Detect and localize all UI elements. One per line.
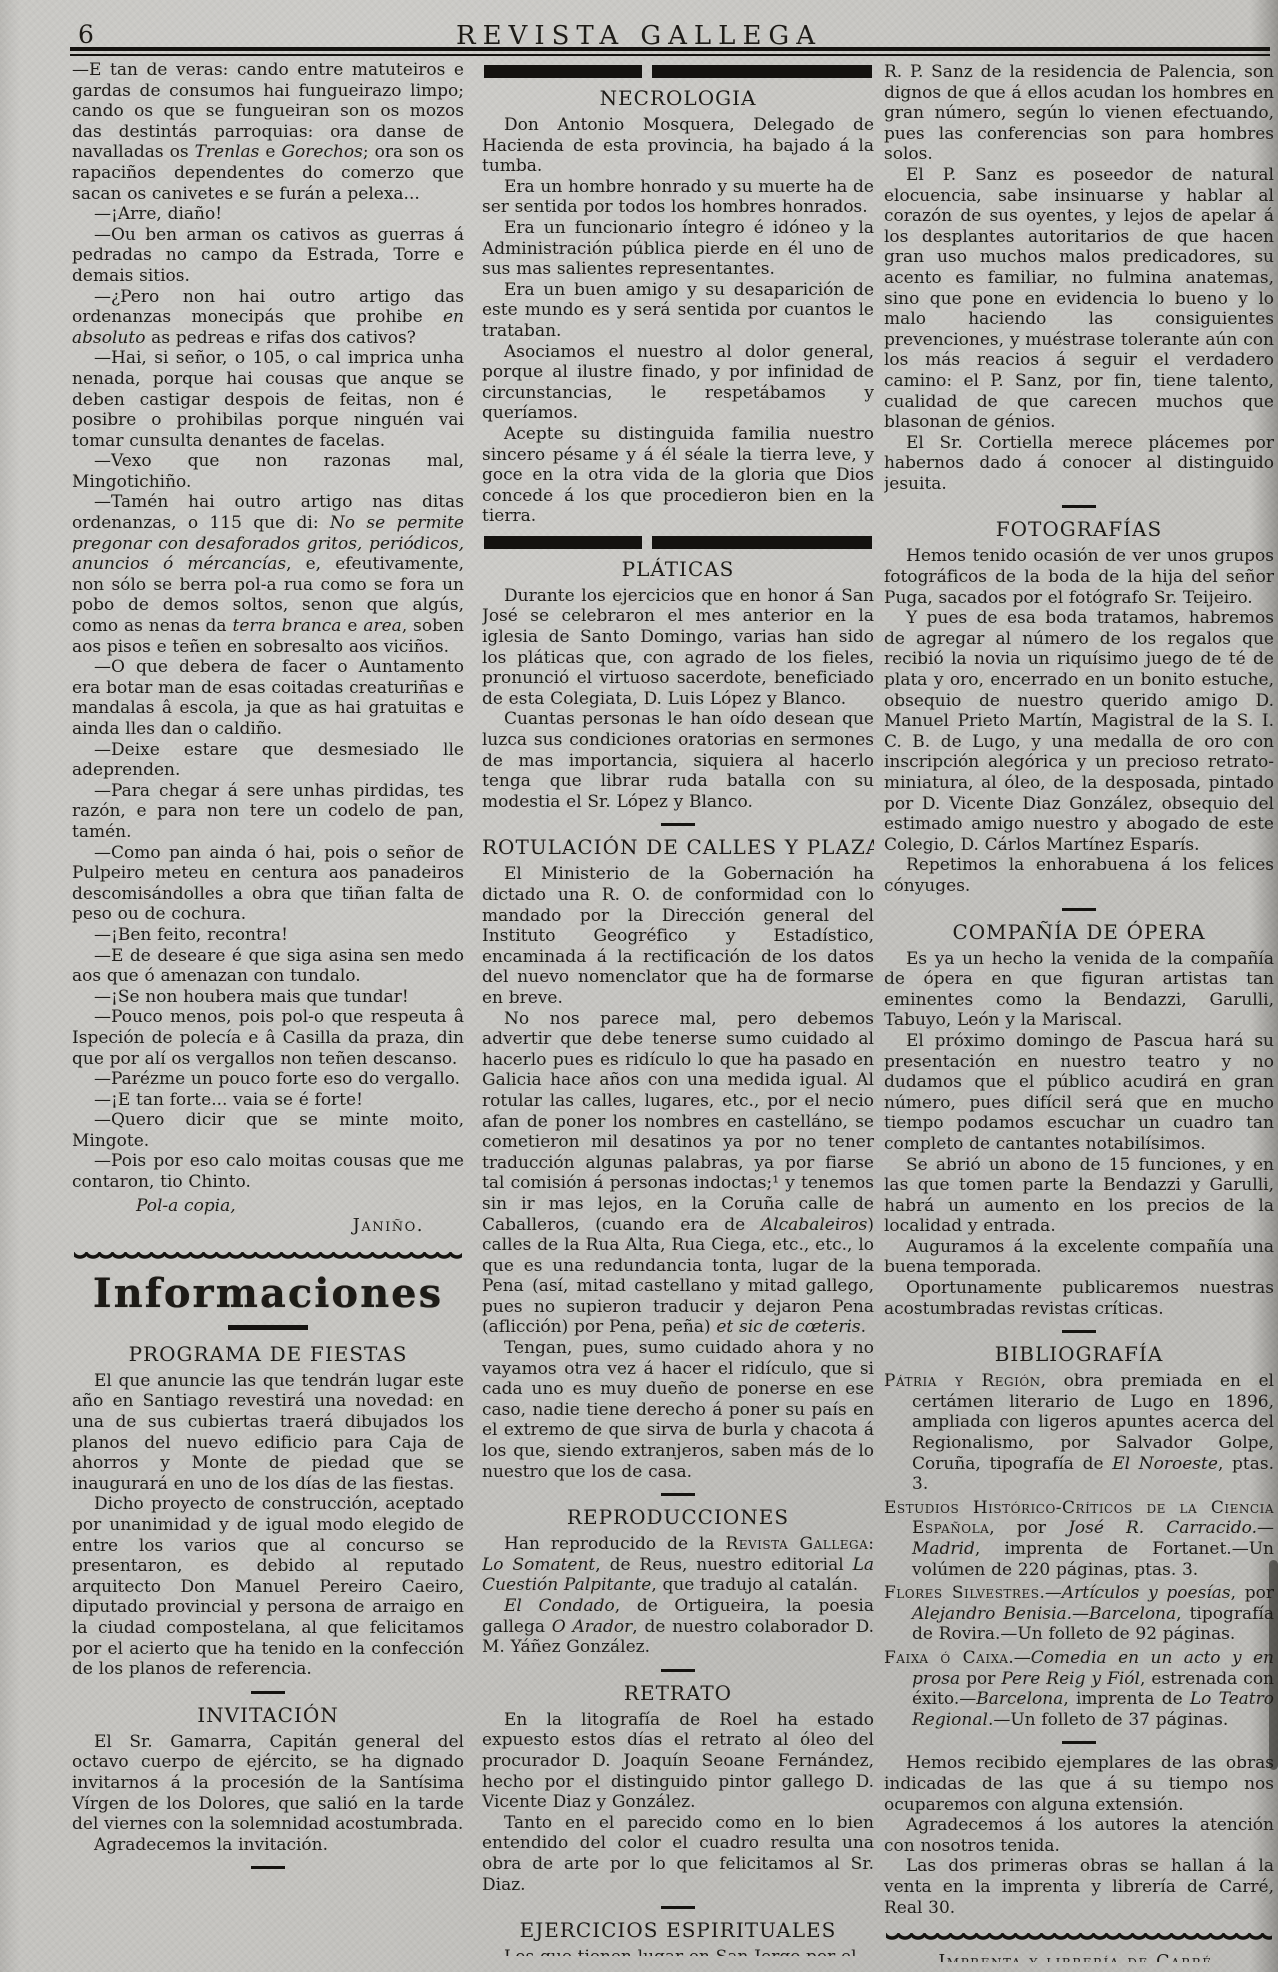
dialogue-paragraph: —¡E tan forte... vaia se é forte! <box>72 1090 464 1111</box>
column-1: —E tan de veras: cando entre matuteiros … <box>72 60 464 1960</box>
paragraph: El próximo domingo de Pascua hará su pre… <box>884 1031 1274 1155</box>
small-caps-title: Pátria y Región <box>884 1371 1041 1391</box>
separator-dash <box>661 1669 695 1672</box>
signature-author: Janiño. <box>72 1216 464 1237</box>
dialogue-paragraph: —Tamén hai outro artigo nas ditas ordena… <box>72 492 464 657</box>
heading-ejercicios-espirituales: EJERCICIOS ESPIRITUALES <box>482 1918 874 1942</box>
heading-retrato: RETRATO <box>482 1681 874 1705</box>
heading-reproducciones: REPRODUCCIONES <box>482 1505 874 1529</box>
heading-rotulacion-de-calles-y-plazas: ROTULACIÓN DE CALLES Y PLAZAS <box>482 835 874 859</box>
paragraph: Auguramos á la excelente compañía una bu… <box>884 1237 1274 1278</box>
dialogue-paragraph: —¡Ben feito, recontra! <box>72 925 464 946</box>
separator-fat-bar <box>484 536 872 549</box>
paragraph: Faixa ó Caixa.—Comedia en un acto y en p… <box>884 1648 1274 1730</box>
bar-segment-right <box>652 536 872 549</box>
paragraph: Era un hombre honrado y su muerte ha de … <box>482 177 874 218</box>
imprint-line: Imprenta y librería de Carré. <box>884 1952 1274 1962</box>
dialogue-paragraph: —E de deseare é que siga asina sen medo … <box>72 946 464 987</box>
small-caps-title: Flores Silvestres <box>884 1583 1039 1603</box>
bar-segment-left <box>484 536 642 549</box>
separator-dash <box>1062 505 1096 508</box>
paragraph: No nos parece mal, pero debemos advertir… <box>482 1009 874 1339</box>
paragraph: Estudios Histórico-Críticos de la Cienci… <box>884 1498 1274 1580</box>
paragraph: El que anuncie las que tendrán lugar est… <box>72 1371 464 1495</box>
separator-dash <box>661 823 695 826</box>
paragraph: Y pues de esa boda tratamos, habremos de… <box>884 608 1274 855</box>
small-caps-title: Faixa ó Caixa <box>884 1648 1008 1668</box>
paragraph: Agradecemos la invitación. <box>72 1835 464 1856</box>
paragraph: Dicho proyecto de construcción, aceptado… <box>72 1494 464 1679</box>
dialogue-paragraph: —Quero dicir que se minte moito, Mingote… <box>72 1110 464 1151</box>
paragraph: Oportunamente publicaremos nuestras acos… <box>884 1278 1274 1319</box>
separator-wavy-rule <box>886 1933 1272 1941</box>
column-2: NECROLOGIADon Antonio Mosquera, Delegado… <box>482 56 874 1956</box>
signature-block: Pol-a copia,Janiño. <box>72 1196 464 1237</box>
heading-invitacion: INVITACIÓN <box>72 1703 464 1727</box>
heading-programa-de-fiestas: PROGRAMA DE FIESTAS <box>72 1342 464 1366</box>
paragraph: Los que tienen lugar en San Jorge por el <box>482 1947 874 1956</box>
dialogue-paragraph: —Hai, si señor, o 105, o cal imprica unh… <box>72 348 464 451</box>
paragraph: Cuantas personas le han oído desean que … <box>482 709 874 812</box>
dialogue-paragraph: —O que debera de facer o Auntamento era … <box>72 657 464 739</box>
dialogue-paragraph: —¡Arre, diaño! <box>72 204 464 225</box>
heading-compania-de-opera: COMPAÑÍA DE ÓPERA <box>884 920 1274 944</box>
paragraph: Pátria y Región, obra premiada en el cer… <box>884 1371 1274 1495</box>
dialogue-paragraph: —Deixe estare que desmesiado lle adepren… <box>72 740 464 781</box>
paragraph: Asociamos el nuestro al dolor general, p… <box>482 342 874 424</box>
paragraph: El Sr. Cortiella merece plácemes por hab… <box>884 433 1274 495</box>
paragraph: Era un buen amigo y su desaparición de e… <box>482 280 874 342</box>
paragraph: Repetimos la enhorabuena á los felices c… <box>884 855 1274 896</box>
paragraph: R. P. Sanz de la residencia de Palencia,… <box>884 62 1274 165</box>
paragraph: En la litografía de Roel ha estado expue… <box>482 1710 874 1813</box>
dialogue-paragraph: —Parézme un pouco forte eso do vergallo. <box>72 1069 464 1090</box>
separator-dash <box>251 1691 285 1694</box>
dialogue-paragraph: —Vexo que non razonas mal, Mingotichiño. <box>72 451 464 492</box>
heading-bibliografia: BIBLIOGRAFÍA <box>884 1342 1274 1366</box>
separator-dash <box>1062 1330 1096 1333</box>
paragraph: Durante los ejercicios que en honor á Sa… <box>482 586 874 710</box>
paragraph: Era un funcionario íntegro é idóneo y la… <box>482 218 874 280</box>
display-heading-title: Informaciones <box>72 1271 464 1317</box>
small-caps-title: Revista Gallega <box>725 1534 868 1554</box>
bar-segment-right <box>652 65 872 78</box>
paragraph: Agradecemos á los autores la atención co… <box>884 1815 1274 1856</box>
header-rule-thick <box>70 47 1270 51</box>
heading-platicas: PLÁTICAS <box>482 557 874 581</box>
separator-dash <box>661 1906 695 1909</box>
paragraph: Flores Silvestres.—Artículos y poesías, … <box>884 1583 1274 1645</box>
separator-dash <box>251 1866 285 1869</box>
bar-segment-left <box>484 65 642 78</box>
heading-necrologia: NECROLOGIA <box>482 86 874 110</box>
separator-dash <box>1062 908 1096 911</box>
paragraph: El Ministerio de la Gobernación ha dicta… <box>482 864 874 1008</box>
paragraph: Se abrió un abono de 15 funciones, y en … <box>884 1155 1274 1237</box>
dialogue-paragraph: —E tan de veras: cando entre matuteiros … <box>72 60 464 204</box>
signature-line: Pol-a copia, <box>72 1196 464 1217</box>
separator-wavy-rule <box>74 1252 462 1260</box>
dialogue-paragraph: —Pouco menos, pois pol-o que respeuta â … <box>72 1007 464 1069</box>
dialogue-paragraph: —Ou ben arman os cativos as guerras á pe… <box>72 225 464 287</box>
paragraph: Hemos recibido ejemplares de las obras i… <box>884 1753 1274 1815</box>
paragraph: Han reproducido de la Revista Gallega: L… <box>482 1534 874 1596</box>
paragraph: Acepte su distinguida familia nuestro si… <box>482 424 874 527</box>
dialogue-paragraph: —¡Se non houbera mais que tundar! <box>72 987 464 1008</box>
dialogue-paragraph: —¿Pero non hai outro artigo das ordenanz… <box>72 287 464 349</box>
separator-fat-bar <box>484 65 872 78</box>
newspaper-page: 6 REVISTA GALLEGA —E tan de veras: cando… <box>0 0 1278 1972</box>
display-heading-underline <box>228 1325 308 1330</box>
paragraph: Es ya un hecho la venida de la compañía … <box>884 949 1274 1031</box>
dialogue-paragraph: —Para chegar á sere unhas pirdidas, tes … <box>72 781 464 843</box>
dialogue-paragraph: —Pois por eso calo moitas cousas que me … <box>72 1151 464 1192</box>
heading-fotografias: FOTOGRAFÍAS <box>884 517 1274 541</box>
paragraph: El P. Sanz es poseedor de natural elocue… <box>884 165 1274 433</box>
separator-dash <box>661 1493 695 1496</box>
scan-edge-artifact <box>1269 1560 1278 1770</box>
section-title-informaciones: Informaciones <box>72 1271 464 1330</box>
paragraph: El Condado, de Ortigueira, la poesia gal… <box>482 1596 874 1658</box>
separator-dash <box>1062 1741 1096 1744</box>
paragraph: Las dos primeras obras se hallan á la ve… <box>884 1856 1274 1918</box>
paragraph: Tanto en el parecido como en lo bien ent… <box>482 1813 874 1895</box>
paragraph: Hemos tenido ocasión de ver unos grupos … <box>884 546 1274 608</box>
column-3: R. P. Sanz de la residencia de Palencia,… <box>884 62 1274 1962</box>
paragraph: Tengan, pues, sumo cuidado ahora y no va… <box>482 1338 874 1482</box>
paragraph: El Sr. Gamarra, Capitán general del octa… <box>72 1732 464 1835</box>
dialogue-paragraph: —Como pan ainda ó hai, pois o señor de P… <box>72 843 464 925</box>
paragraph: Don Antonio Mosquera, Delegado de Hacien… <box>482 115 874 177</box>
